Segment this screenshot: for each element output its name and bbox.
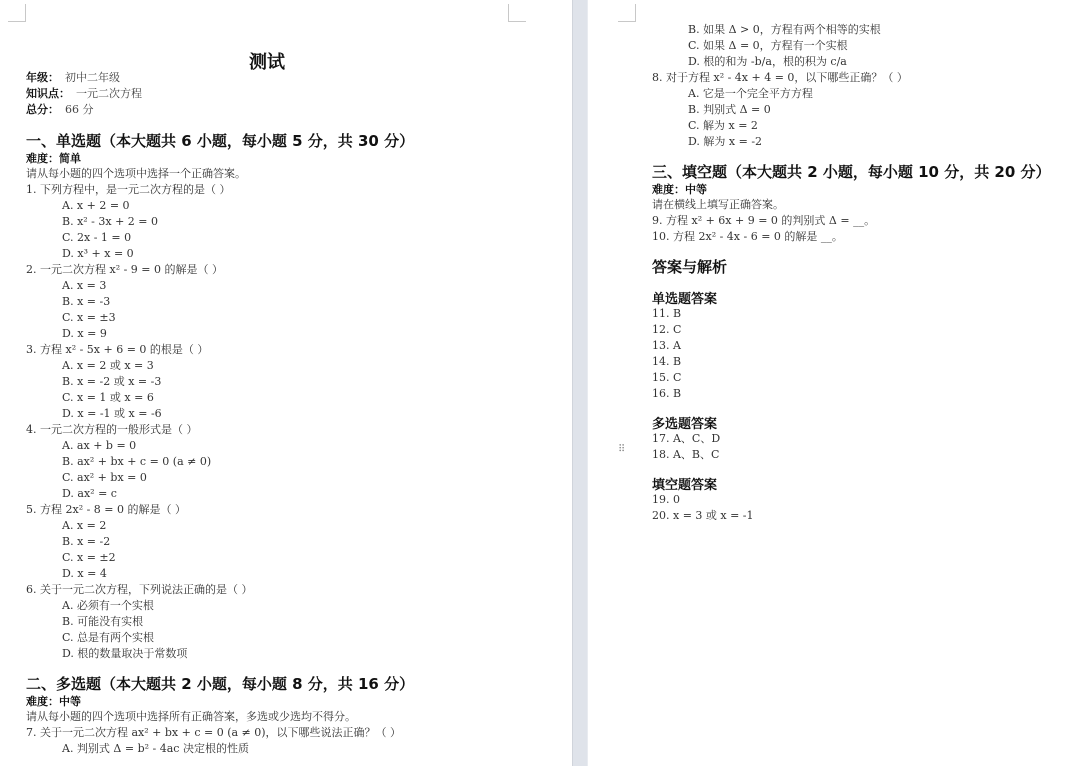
question-option: C. x = 1 或 x = 6 (62, 390, 154, 406)
question-option: B. x = -2 (62, 534, 110, 550)
section-heading-fill-blank: 三、填空题（本大题共 2 小题，每小题 10 分，共 20 分） (652, 161, 1051, 182)
answer-item: 11. B (652, 306, 681, 322)
document-page-left: 测试 年级：初中二年级 知识点：一元二次方程 总分：66 分 一、单选题（本大题… (0, 0, 572, 766)
question-option: D. x = -1 或 x = -6 (62, 406, 162, 422)
question-stem: 3. 方程 x² - 5x + 6 = 0 的根是（ ） (26, 342, 208, 358)
answers-single-heading: 单选题答案 (652, 288, 717, 307)
answer-item: 12. C (652, 322, 681, 338)
question-stem: 10. 方程 2x² - 4x - 6 = 0 的解是 __。 (652, 229, 843, 245)
meta-value: 初中二年级 (65, 71, 120, 84)
question-option: B. x = -3 (62, 294, 110, 310)
question-option: A. 判别式 Δ = b² - 4ac 决定根的性质 (62, 741, 249, 757)
question-option: A. x = 2 或 x = 3 (62, 358, 154, 374)
question-option: D. ax² = c (62, 486, 117, 502)
meta-value: 66 分 (65, 103, 94, 116)
question-option: D. 根的和为 -b/a，根的积为 c/a (688, 54, 847, 70)
document-page-right: B. 如果 Δ > 0，方程有两个相等的实根 C. 如果 Δ = 0，方程有一个… (588, 0, 1080, 766)
question-stem: 7. 关于一元二次方程 ax² + bx + c = 0 (a ≠ 0)，以下哪… (26, 725, 401, 741)
answer-item: 14. B (652, 354, 681, 370)
answers-multi-heading: 多选题答案 (652, 413, 717, 432)
question-stem: 1. 下列方程中，是一元二次方程的是（ ） (26, 182, 231, 198)
meta-label: 年级： (26, 71, 59, 84)
question-option: D. 根的数量取决于常数项 (62, 646, 187, 662)
answer-item: 20. x = 3 或 x = -1 (652, 508, 754, 524)
meta-total-score: 总分：66 分 (26, 102, 94, 118)
page-corner-mark (508, 4, 526, 22)
section-heading-single-choice: 一、单选题（本大题共 6 小题，每小题 5 分，共 30 分） (26, 130, 414, 151)
question-option: A. x + 2 = 0 (62, 198, 130, 214)
question-option: C. ax² + bx = 0 (62, 470, 147, 486)
question-option: C. x = ±2 (62, 550, 116, 566)
answer-item: 17. A、C、D (652, 431, 720, 447)
question-option: C. x = ±3 (62, 310, 116, 326)
answer-item: 19. 0 (652, 492, 680, 508)
page-corner-mark (618, 4, 636, 22)
question-stem: 4. 一元二次方程的一般形式是（ ） (26, 422, 198, 438)
answers-fill-heading: 填空题答案 (652, 474, 717, 493)
question-option: A. 它是一个完全平方方程 (688, 86, 813, 102)
question-option: D. x = 4 (62, 566, 107, 582)
question-option: A. ax + b = 0 (62, 438, 136, 454)
question-stem: 9. 方程 x² + 6x + 9 = 0 的判别式 Δ = __。 (652, 213, 875, 229)
question-option: A. 必须有一个实根 (62, 598, 154, 614)
section-instruction: 请从每小题的四个选项中选择一个正确答案。 (26, 166, 246, 182)
question-option: B. x² - 3x + 2 = 0 (62, 214, 158, 230)
question-option: D. x³ + x = 0 (62, 246, 134, 262)
page-corner-mark (8, 4, 26, 22)
answer-item: 18. A、B、C (652, 447, 719, 463)
question-option: D. 解为 x = -2 (688, 134, 762, 150)
answer-item: 16. B (652, 386, 681, 402)
difficulty-label: 难度：中等 (652, 181, 707, 197)
meta-label: 知识点： (26, 87, 70, 100)
question-option: C. 解为 x = 2 (688, 118, 758, 134)
difficulty-label: 难度：中等 (26, 693, 81, 709)
question-stem: 6. 关于一元二次方程，下列说法正确的是（ ） (26, 582, 253, 598)
question-stem: 2. 一元二次方程 x² - 9 = 0 的解是（ ） (26, 262, 223, 278)
meta-label: 总分： (26, 103, 59, 116)
meta-grade: 年级：初中二年级 (26, 70, 120, 86)
question-option: C. 2x - 1 = 0 (62, 230, 131, 246)
question-option: C. 总是有两个实根 (62, 630, 154, 646)
answer-item: 15. C (652, 370, 681, 386)
question-option: B. 如果 Δ > 0，方程有两个相等的实根 (688, 22, 881, 38)
section-instruction: 请在横线上填写正确答案。 (652, 197, 784, 213)
question-option: A. x = 3 (62, 278, 106, 294)
question-stem: 8. 对于方程 x² - 4x + 4 = 0，以下哪些正确？（ ） (652, 70, 908, 86)
question-option: B. ax² + bx + c = 0 (a ≠ 0) (62, 454, 211, 470)
question-stem: 5. 方程 2x² - 8 = 0 的解是（ ） (26, 502, 186, 518)
meta-value: 一元二次方程 (76, 87, 142, 100)
difficulty-label: 难度：简单 (26, 150, 81, 166)
question-option: A. x = 2 (62, 518, 106, 534)
question-option: B. 判别式 Δ = 0 (688, 102, 771, 118)
answers-heading: 答案与解析 (652, 256, 727, 277)
question-option: B. x = -2 或 x = -3 (62, 374, 161, 390)
question-option: C. 如果 Δ = 0，方程有一个实根 (688, 38, 848, 54)
question-option: B. 可能没有实根 (62, 614, 143, 630)
page-gutter (572, 0, 588, 766)
section-heading-multiple-choice: 二、多选题（本大题共 2 小题，每小题 8 分，共 16 分） (26, 673, 414, 694)
answer-item: 13. A (652, 338, 681, 354)
drag-handle-icon[interactable]: ⠿ (618, 447, 626, 461)
section-instruction: 请从每小题的四个选项中选择所有正确答案，多选或少选均不得分。 (26, 709, 356, 725)
question-option: D. x = 9 (62, 326, 107, 342)
meta-topic: 知识点：一元二次方程 (26, 86, 142, 102)
